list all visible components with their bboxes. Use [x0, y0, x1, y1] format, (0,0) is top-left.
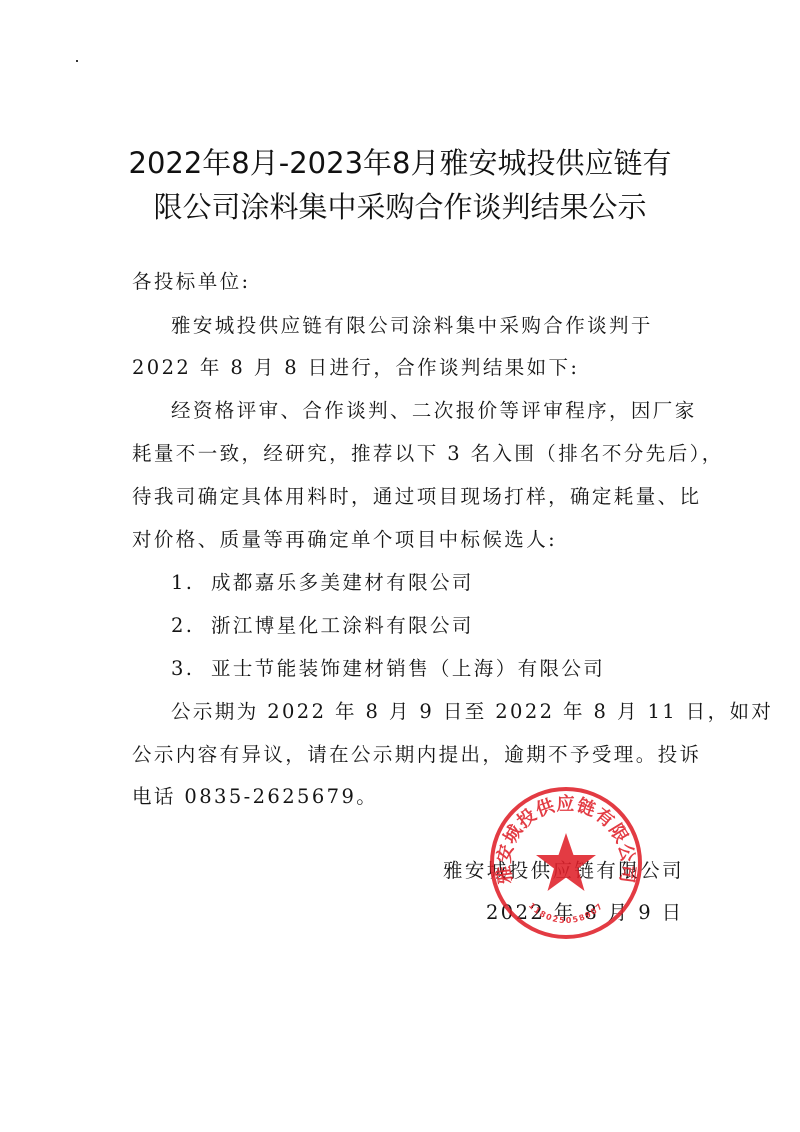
salutation: 各投标单位:: [132, 269, 250, 295]
document-title-line-1: 2022年8月-2023年8月雅安城投供应链有: [0, 141, 800, 185]
candidate-name: 亚士节能装饰建材销售（上海）有限公司: [211, 657, 605, 680]
candidate-name: 浙江博星化工涂料有限公司: [211, 614, 474, 637]
paragraph-3-line-2: 公示内容有异议，请在公示期内提出，逾期不予受理。投诉: [132, 742, 701, 768]
paragraph-3-line-1: 公示期为 2022 年 8 月 9 日至 2022 年 8 月 11 日，如对: [171, 699, 773, 725]
candidate-list-item: 2.浙江博星化工涂料有限公司: [171, 613, 474, 639]
paragraph-3-line-3: 电话 0835-2625679。: [132, 784, 378, 810]
candidate-number: 2.: [171, 613, 211, 639]
paragraph-2-line-2: 耗量不一致，经研究，推荐以下 3 名入围（排名不分先后），: [132, 441, 724, 467]
candidate-number: 1.: [171, 570, 211, 596]
signature-organization: 雅安城投供应链有限公司: [443, 858, 684, 884]
paragraph-2-line-1: 经资格评审、合作谈判、二次报价等评审程序，因厂家: [171, 398, 697, 424]
candidate-list-item: 3.亚士节能装饰建材销售（上海）有限公司: [171, 656, 605, 682]
candidate-list-item: 1.成都嘉乐多美建材有限公司: [171, 570, 474, 596]
paragraph-2-line-3: 待我司确定具体用料时，通过项目现场打样，确定耗量、比: [132, 484, 701, 510]
candidate-name: 成都嘉乐多美建材有限公司: [211, 571, 474, 594]
paragraph-1-line-2: 2022 年 8 月 8 日进行，合作谈判结果如下:: [132, 355, 579, 381]
scan-speck: [76, 60, 78, 62]
paragraph-2-line-4: 对价格、质量等再确定单个项目中标候选人:: [132, 527, 557, 553]
candidate-number: 3.: [171, 656, 211, 682]
document-title-line-2: 限公司涂料集中采购合作谈判结果公示: [0, 185, 800, 229]
signature-date: 2022 年 8 月 9 日: [486, 900, 684, 926]
paragraph-1-line-1: 雅安城投供应链有限公司涂料集中采购合作谈判于: [171, 313, 653, 339]
